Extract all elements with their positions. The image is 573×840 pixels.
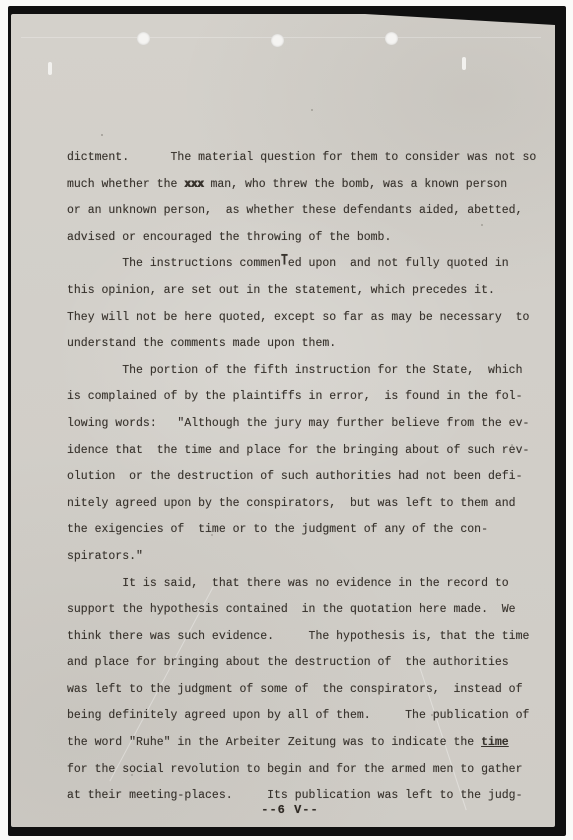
text-segment: support the hypothesis contained in the … <box>67 603 516 616</box>
text-line: is complained of by the plaintiffs in er… <box>67 384 542 411</box>
text-segment: the word "Ruhe" in the Arbeiter Zeitung … <box>67 736 481 749</box>
text-segment: spirators." <box>67 550 143 563</box>
text-segment: much whether the <box>67 178 184 191</box>
text-segment: lowing words: "Although the jury may fur… <box>67 417 529 430</box>
text-segment: at their meeting-places. Its publication… <box>67 789 522 802</box>
text-line: It is said, that there was no evidence i… <box>67 571 542 598</box>
text-line: The instructions commenTed upon and not … <box>67 251 542 278</box>
punch-hole <box>137 32 150 45</box>
text-line: They will not be here quoted, except so … <box>67 305 542 332</box>
text-line: this opinion, are set out in the stateme… <box>67 278 542 305</box>
text-segment: idence that the time and place for the b… <box>67 444 529 457</box>
text-segment: for the social revolution to begin and f… <box>67 763 522 776</box>
text-line: for the social revolution to begin and f… <box>67 757 542 784</box>
text-segment: being definitely agreed upon by all of t… <box>67 709 529 722</box>
text-segment: The instructions commen <box>67 257 281 270</box>
text-segment-struck: xxx <box>184 178 203 191</box>
text-segment: It is said, that there was no evidence i… <box>67 577 509 590</box>
text-line: idence that the time and place for the b… <box>67 438 542 465</box>
text-line: advised or encouraged the throwing of th… <box>67 225 542 252</box>
scan-corner-shadow <box>365 14 555 25</box>
text-line: much whether the xxx man, who threw the … <box>67 172 542 199</box>
text-line: olution or the destruction of such autho… <box>67 464 542 491</box>
text-segment: was left to the judgment of some of the … <box>67 683 522 696</box>
text-segment: understand the comments made upon them. <box>67 337 336 350</box>
text-line: lowing words: "Although the jury may fur… <box>67 411 542 438</box>
text-line: the exigencies of time or to the judgmen… <box>67 517 542 544</box>
text-segment: olution or the destruction of such autho… <box>67 470 522 483</box>
text-line: think there was such evidence. The hypot… <box>67 624 542 651</box>
text-segment: man, who threw the bomb, was a known per… <box>204 178 508 191</box>
text-line: support the hypothesis contained in the … <box>67 597 542 624</box>
text-line: and place for bringing about the destruc… <box>67 650 542 677</box>
text-line: the word "Ruhe" in the Arbeiter Zeitung … <box>67 730 542 757</box>
text-segment: advised or encouraged the throwing of th… <box>67 231 391 244</box>
page-footer-mark: --6 V-- <box>11 803 555 817</box>
text-segment-u: time <box>481 736 509 749</box>
text-segment: dictment. The material question for them… <box>67 151 536 164</box>
text-segment: ed upon and not fully quoted in <box>288 257 509 270</box>
text-segment: is complained of by the plaintiffs in er… <box>67 390 522 403</box>
text-segment: nitely agreed upon by the conspirators, … <box>67 497 516 510</box>
text-segment: this opinion, are set out in the stateme… <box>67 284 495 297</box>
text-line: being definitely agreed upon by all of t… <box>67 703 542 730</box>
typed-text: dictment. The material question for them… <box>67 145 542 810</box>
text-segment: and place for bringing about the destruc… <box>67 656 509 669</box>
paper-sheet: dictment. The material question for them… <box>11 14 555 827</box>
text-line: or an unknown person, as whether these d… <box>67 198 542 225</box>
text-segment: The portion of the fifth instruction for… <box>67 364 522 377</box>
text-segment: the exigencies of time or to the judgmen… <box>67 523 488 536</box>
text-segment-overT: T <box>281 245 288 281</box>
punch-hole <box>385 32 398 45</box>
text-segment: think there was such evidence. The hypot… <box>67 630 529 643</box>
text-line: dictment. The material question for them… <box>67 145 542 172</box>
text-line: understand the comments made upon them. <box>67 331 542 358</box>
text-segment: or an unknown person, as whether these d… <box>67 204 522 217</box>
text-line: The portion of the fifth instruction for… <box>67 358 542 385</box>
text-line: nitely agreed upon by the conspirators, … <box>67 491 542 518</box>
staple-mark <box>48 62 52 75</box>
text-segment: They will not be here quoted, except so … <box>67 311 529 324</box>
text-line: spirators." <box>67 544 542 571</box>
paper-specks <box>11 14 13 16</box>
punch-hole <box>271 34 284 47</box>
text-line: was left to the judgment of some of the … <box>67 677 542 704</box>
staple-mark <box>462 57 466 70</box>
